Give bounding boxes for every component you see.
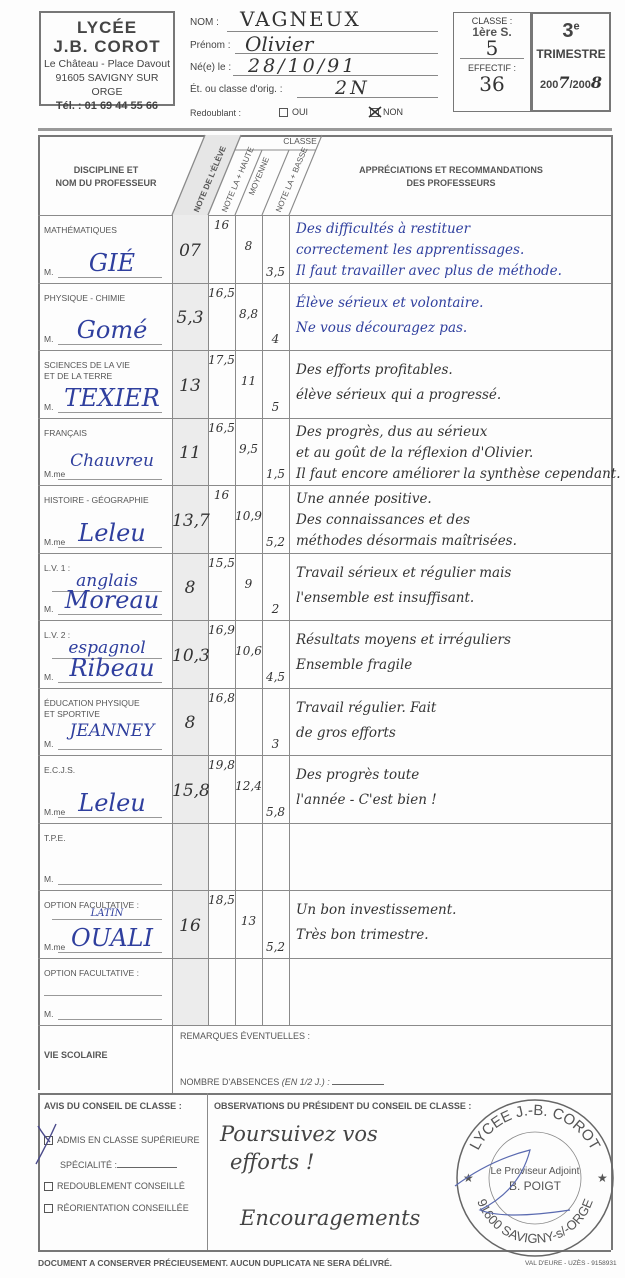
note-eleve[interactable]: 07 <box>172 241 208 261</box>
appreciation-line: Des difficultés à restituer <box>296 219 608 240</box>
note-haute[interactable]: 16 <box>208 218 235 232</box>
subject-label-line2: ET DE LA TERRE <box>44 371 112 382</box>
vie-scolaire-divider <box>172 1025 173 1093</box>
row-line <box>38 958 611 959</box>
prof-prefix: M. <box>44 267 53 277</box>
note-haute[interactable]: 17,5 <box>208 353 235 367</box>
appreciation[interactable]: Un bon investissement.Très bon trimestre… <box>296 894 608 946</box>
appreciation-line: Une année positive. <box>296 489 608 510</box>
absences-field[interactable] <box>332 1084 384 1085</box>
subject-detail-line <box>44 995 162 996</box>
row-line <box>38 283 611 284</box>
prof-line <box>58 884 162 885</box>
note-eleve[interactable]: 8 <box>172 713 208 733</box>
note-haute[interactable]: 19,8 <box>208 758 235 772</box>
prof-prefix: M. <box>44 604 53 614</box>
specialite-field[interactable] <box>117 1167 177 1168</box>
note-eleve[interactable]: 8 <box>172 578 208 598</box>
row-line <box>38 350 611 351</box>
row-line <box>38 485 611 486</box>
checkbox-reorientation[interactable] <box>44 1204 53 1213</box>
prof-line <box>58 344 162 345</box>
subject-label: FRANÇAIS <box>44 428 87 439</box>
prof-name[interactable]: Gomé <box>60 316 164 344</box>
note-eleve[interactable]: 15,8 <box>172 781 208 801</box>
row-line <box>38 418 611 419</box>
note-eleve[interactable]: 5,3 <box>172 308 208 328</box>
avis-label: AVIS DU CONSEIL DE CLASSE : <box>44 1101 182 1111</box>
row-line <box>38 688 611 689</box>
observation-text: Poursuivez vos efforts ! Encouragements <box>220 1120 420 1232</box>
conseil-left <box>38 1093 40 1250</box>
appreciation[interactable]: Une année positive.Des connaissances et … <box>296 489 608 552</box>
prof-line <box>58 817 162 818</box>
option-redoublement[interactable]: REDOUBLEMENT CONSEILLÉ <box>44 1181 185 1191</box>
prof-name[interactable]: GIÉ <box>60 249 164 277</box>
note-basse[interactable]: 5,2 <box>262 535 289 549</box>
subject-label: MATHÉMATIQUES <box>44 225 117 236</box>
appreciation-line: Travail sérieux et régulier mais <box>296 563 608 584</box>
appreciation-line: Il faut encore améliorer la synthèse cep… <box>296 464 608 485</box>
note-eleve[interactable]: 10,3 <box>172 646 208 666</box>
appreciation[interactable]: Des difficultés à restituercorrectement … <box>296 219 608 282</box>
svg-text:Le Proviseur Adjoint: Le Proviseur Adjoint <box>491 1166 580 1177</box>
prof-name[interactable]: TEXIER <box>60 384 164 412</box>
conseil-divider <box>207 1093 208 1250</box>
prof-prefix: M. <box>44 739 53 749</box>
row-line <box>38 620 611 621</box>
appreciation-line: élève sérieux qui a progressé. <box>296 385 608 406</box>
note-basse[interactable]: 5 <box>262 400 289 414</box>
row-line <box>38 755 611 756</box>
school-stamp: LYCEE J.-B. COROT 91600 SAVIGNY-s/-ORGE … <box>450 1090 620 1260</box>
note-eleve[interactable]: 13,7 <box>172 511 208 531</box>
note-haute[interactable]: 16 <box>208 488 235 502</box>
appreciation-line: Résultats moyens et irréguliers <box>296 630 608 651</box>
specialite-label: SPÉCIALITÉ : <box>60 1160 177 1170</box>
subject-detail[interactable]: LATIN <box>52 908 162 920</box>
moyenne[interactable]: 9 <box>235 577 262 591</box>
svg-text:91600 SAVIGNY-s/-ORGE: 91600 SAVIGNY-s/-ORGE <box>474 1196 596 1246</box>
appreciation-line: l'année - C'est bien ! <box>296 790 608 811</box>
note-basse[interactable]: 5,8 <box>262 805 289 819</box>
prof-line <box>58 682 162 683</box>
subject-label: HISTOIRE - GÉOGRAPHIE <box>44 495 149 506</box>
prof-line <box>58 412 162 413</box>
prof-line <box>58 614 162 615</box>
prof-line <box>58 479 162 480</box>
appreciation-line: Des progrès toute <box>296 765 608 786</box>
prof-name[interactable]: Leleu <box>60 789 164 817</box>
appreciation[interactable]: Des progrès, dus au sérieuxet au goût de… <box>296 422 608 485</box>
svg-text:★: ★ <box>597 1171 608 1185</box>
prof-prefix: M. <box>44 402 53 412</box>
subject-label: PHYSIQUE - CHIMIE <box>44 293 125 304</box>
note-haute[interactable]: 15,5 <box>208 556 235 570</box>
subject-label-line2: ET SPORTIVE <box>44 709 100 720</box>
subject-label: T.P.E. <box>44 833 66 844</box>
absences-label: NOMBRE D'ABSENCES (EN 1/2 J.) : <box>180 1077 384 1087</box>
moyenne[interactable]: 10,9 <box>235 509 262 523</box>
appreciation[interactable]: Élève sérieux et volontaire.Ne vous déco… <box>296 287 608 339</box>
prof-prefix: M. <box>44 334 53 344</box>
remarques-label: REMARQUES ÉVENTUELLES : <box>180 1031 310 1041</box>
prof-name[interactable]: Chauvreu <box>60 451 164 471</box>
subject-label: SCIENCES DE LA VIE <box>44 360 130 371</box>
note-basse[interactable]: 4 <box>262 332 289 346</box>
note-eleve[interactable]: 13 <box>172 376 208 396</box>
prof-line <box>58 1019 162 1020</box>
appreciation-line: Ne vous découragez pas. <box>296 318 608 339</box>
appreciation-line: l'ensemble est insuffisant. <box>296 588 608 609</box>
prof-line <box>58 547 162 548</box>
appreciation[interactable]: Des efforts profitables.élève sérieux qu… <box>296 354 608 406</box>
svg-text:B. POIGT: B. POIGT <box>509 1179 562 1193</box>
prof-prefix: M. <box>44 672 53 682</box>
table-border-right <box>611 135 613 1250</box>
note-haute[interactable]: 16,5 <box>208 421 235 435</box>
appreciation-line: Des connaissances et des <box>296 510 608 531</box>
appreciation-line: Des progrès, dus au sérieux <box>296 422 608 443</box>
note-eleve[interactable]: 16 <box>172 916 208 936</box>
row-line <box>38 823 611 824</box>
footer-printer: VAL D'EURE - UZÈS - 9158931 <box>525 1260 617 1267</box>
prof-name[interactable]: Moreau <box>60 586 164 614</box>
row-line <box>38 890 611 891</box>
header-slant-lines <box>0 0 625 220</box>
appreciation-line: Ensemble fragile <box>296 655 608 676</box>
svg-text:LYCEE J.-B. COROT: LYCEE J.-B. COROT <box>467 1102 604 1153</box>
appreciation-line: et au goût de la réflexion d'Olivier. <box>296 443 608 464</box>
moyenne[interactable]: 9,5 <box>235 442 262 456</box>
appreciation-line: Travail régulier. Fait <box>296 698 608 719</box>
appreciation-line: de gros efforts <box>296 723 608 744</box>
note-basse[interactable]: 1,5 <box>262 467 289 481</box>
note-haute[interactable]: 18,5 <box>208 893 235 907</box>
svg-text:★: ★ <box>463 1171 474 1185</box>
subject-label: ÉDUCATION PHYSIQUE <box>44 698 140 709</box>
subject-label: E.C.J.S. <box>44 765 75 776</box>
note-basse[interactable]: 3,5 <box>262 265 289 279</box>
appreciation[interactable]: Des progrès toutel'année - C'est bien ! <box>296 759 608 811</box>
note-basse[interactable]: 5,2 <box>262 940 289 954</box>
note-basse[interactable]: 2 <box>262 602 289 616</box>
vie-scolaire-label: VIE SCOLAIRE <box>44 1050 108 1060</box>
appreciation-line: Élève sérieux et volontaire. <box>296 293 608 314</box>
appreciation-line: Il faut travailler avec plus de méthode. <box>296 261 608 282</box>
note-basse[interactable]: 3 <box>262 737 289 751</box>
appreciation[interactable]: Résultats moyens et irréguliersEnsemble … <box>296 624 608 676</box>
note-basse[interactable]: 4,5 <box>262 670 289 684</box>
prof-name[interactable]: Ribeau <box>60 654 164 682</box>
appreciation-line: Des efforts profitables. <box>296 360 608 381</box>
footer-notice: DOCUMENT A CONSERVER PRÉCIEUSEMENT. AUCU… <box>38 1258 392 1268</box>
observations-label: OBSERVATIONS DU PRÉSIDENT DU CONSEIL DE … <box>214 1101 471 1111</box>
moyenne[interactable]: 8,8 <box>235 307 262 321</box>
note-eleve[interactable]: 11 <box>172 443 208 463</box>
table-border-left <box>38 135 40 1090</box>
prof-line <box>58 749 162 750</box>
subject-label: OPTION FACULTATIVE : <box>44 968 139 979</box>
prof-name[interactable]: JEANNEY <box>60 721 164 741</box>
prof-name[interactable]: OUALI <box>60 924 164 952</box>
prof-line <box>58 277 162 278</box>
appreciation-line: Un bon investissement. <box>296 900 608 921</box>
note-haute[interactable]: 16,8 <box>208 691 235 705</box>
prof-line <box>58 952 162 953</box>
appreciation[interactable]: Travail régulier. Faitde gros efforts <box>296 692 608 744</box>
prof-prefix: M. <box>44 1009 53 1019</box>
appreciation[interactable]: Travail sérieux et régulier maisl'ensemb… <box>296 557 608 609</box>
appreciation-line: méthodes désormais maîtrisées. <box>296 531 608 552</box>
moyenne[interactable]: 12,4 <box>235 779 262 793</box>
moyenne[interactable]: 10,6 <box>235 644 262 658</box>
moyenne[interactable]: 13 <box>235 914 262 928</box>
prof-prefix: M. <box>44 874 53 884</box>
note-haute[interactable]: 16,9 <box>208 623 235 637</box>
checkbox-redoublement[interactable] <box>44 1182 53 1191</box>
appreciation-line: correctement les apprentissages. <box>296 240 608 261</box>
option-reorientation[interactable]: RÉORIENTATION CONSEILLÉE <box>44 1203 189 1213</box>
prof-name[interactable]: Leleu <box>60 519 164 547</box>
appreciation-line: Très bon trimestre. <box>296 925 608 946</box>
row-line <box>38 1025 611 1026</box>
note-haute[interactable]: 16,5 <box>208 286 235 300</box>
moyenne[interactable]: 11 <box>235 374 262 388</box>
row-line <box>38 553 611 554</box>
moyenne[interactable]: 8 <box>235 239 262 253</box>
